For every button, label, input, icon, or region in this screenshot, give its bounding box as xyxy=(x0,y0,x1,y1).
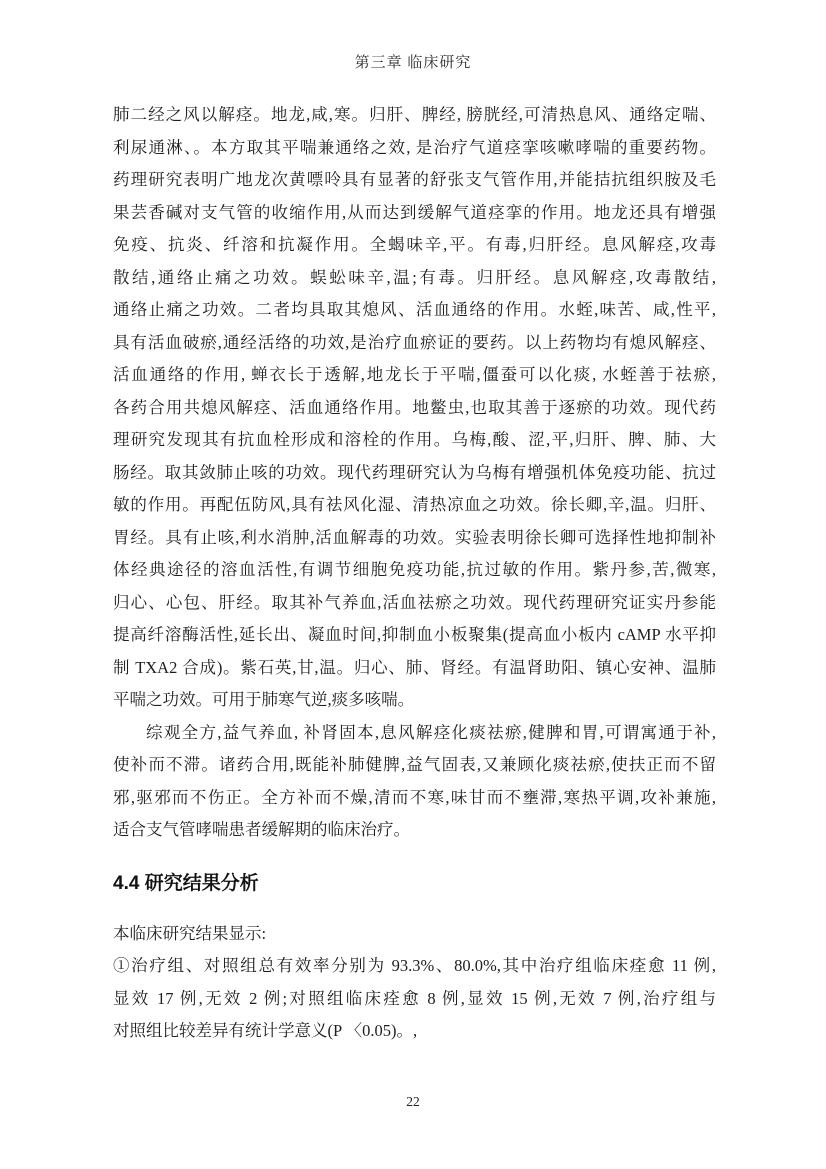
text-line: 对照组比较差异有统计学意义(P 〈0.05)。, xyxy=(113,1015,716,1048)
paragraph-formula-summary: 综观全方,益气养血, 补肾固本,息风解痉化痰祛瘀,健脾和胃,可谓寓通于补, 使补… xyxy=(113,717,716,847)
text-line: 散结,通络止痛之功效。蜈蚣味辛,温;有毒。归肝经。息风解痉,攻毒散结, xyxy=(113,262,716,295)
text-line: 适合支气管哮喘患者缓解期的临床治疗。 xyxy=(113,814,716,847)
text-line: 药理研究表明广地龙次黄嘌呤具有显著的舒张支气管作用,并能拮抗组织胺及毛 xyxy=(113,164,716,197)
text-line: 显效 17 例,无效 2 例;对照组临床痊愈 8 例,显效 15 例,无效 7 … xyxy=(113,983,716,1016)
text-line: 通络止痛之功效。二者均具取其熄风、活血通络的作用。水蛭,味苦、咸,性平, xyxy=(113,294,716,327)
text-line: 胃经。具有止咳,利水消肿,活血解毒的功效。实验表明徐长卿可选择性地抑制补 xyxy=(113,522,716,555)
text-line: 归心、心包、肝经。取其补气养血,活血祛瘀之功效。现代药理研究证实丹参能 xyxy=(113,587,716,620)
text-line: 理研究发现其有抗血栓形成和溶栓的作用。乌梅,酸、涩,平,归肝、脾、肺、大 xyxy=(113,424,716,457)
text-line: 使补而不滞。诸药合用,既能补肺健脾,益气固表,又兼顾化痰祛瘀,使扶正而不留 xyxy=(113,749,716,782)
text-line: 综观全方,益气养血, 补肾固本,息风解痉化痰祛瘀,健脾和胃,可谓寓通于补, xyxy=(113,717,716,750)
text-line: 敏的作用。再配伍防风,具有祛风化湿、清热凉血之功效。徐长卿,辛,温。归肝、 xyxy=(113,489,716,522)
text-line: 活血通络的作用, 蝉衣长于透解,地龙长于平喘,僵蚕可以化痰, 水蛭善于祛瘀, xyxy=(113,359,716,392)
page-number: 22 xyxy=(0,1094,826,1110)
text-body: 肺二经之风以解痉。地龙,咸,寒。归肝、脾经, 膀胱经,可清热息风、通络定喘、 利… xyxy=(113,99,716,1048)
text-line: ①治疗组、对照组总有效率分别为 93.3%、80.0%,其中治疗组临床痊愈 11… xyxy=(113,950,716,983)
text-line: 果芸香碱对支气管的收缩作用,从而达到缓解气道痉挛的作用。地龙还具有增强 xyxy=(113,197,716,230)
text-line: 平喘之功效。可用于肺寒气逆,痰多咳喘。 xyxy=(113,684,716,717)
text-line: 利尿通淋、。本方取其平喘兼通络之效, 是治疗气道痉挛咳嗽哮喘的重要药物。 xyxy=(113,132,716,165)
running-header: 第三章 临床研究 xyxy=(0,51,826,72)
section-heading: 4.4 研究结果分析 xyxy=(113,871,716,897)
text-line: 具有活血破瘀,通经活络的功效,是治疗血瘀证的要药。以上药物均有熄风解痉、 xyxy=(113,327,716,360)
results-intro-line: 本临床研究结果显示: xyxy=(113,918,716,951)
text-line: 各药合用共熄风解痉、活血通络作用。地鳖虫,也取其善于逐瘀的功效。现代药 xyxy=(113,392,716,425)
text-line: 体经典途径的溶血活性,有调节细胞免疫功能,抗过敏的作用。紫丹参,苦,微寒, xyxy=(113,554,716,587)
document-page: 第三章 临床研究 肺二经之风以解痉。地龙,咸,寒。归肝、脾经, 膀胱经,可清热息… xyxy=(0,0,826,1169)
text-line: 免疫、抗炎、纤溶和抗凝作用。全蝎味辛,平。有毒,归肝经。息风解痉,攻毒 xyxy=(113,229,716,262)
text-line: 提高纤溶酶活性,延长出、凝血时间,抑制血小板聚集(提高血小板内 cAMP 水平抑 xyxy=(113,619,716,652)
paragraph-herb-discussion: 肺二经之风以解痉。地龙,咸,寒。归肝、脾经, 膀胱经,可清热息风、通络定喘、 利… xyxy=(113,99,716,717)
text-line: 制 TXA2 合成)。紫石英,甘,温。归心、肺、肾经。有温肾助阳、镇心安神、温肺 xyxy=(113,652,716,685)
text-line: 邪,驱邪而不伤正。全方补而不燥,清而不寒,味甘而不壅滞,寒热平调,攻补兼施, xyxy=(113,782,716,815)
paragraph-results: ①治疗组、对照组总有效率分别为 93.3%、80.0%,其中治疗组临床痊愈 11… xyxy=(113,950,716,1048)
text-line: 肠经。取其敛肺止咳的功效。现代药理研究认为乌梅有增强机体免疫功能、抗过 xyxy=(113,457,716,490)
text-line: 肺二经之风以解痉。地龙,咸,寒。归肝、脾经, 膀胱经,可清热息风、通络定喘、 xyxy=(113,99,716,132)
